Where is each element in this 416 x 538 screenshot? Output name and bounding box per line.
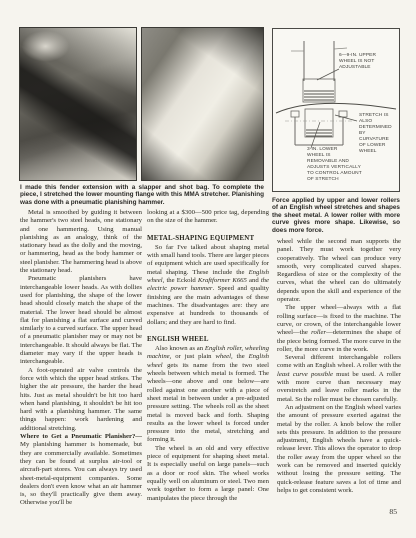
paragraph: So far I've talked about shaping metal w…: [147, 244, 269, 327]
text-segment: or just plain: [171, 353, 215, 360]
text-segment: Also known as an: [155, 345, 205, 352]
paragraph: Also known as an English roller, wheelin…: [147, 345, 269, 445]
english-wheel-diagram: 6—9-IN. UPPER WHEEL IS NOT ADJUSTABLE ST…: [272, 28, 400, 192]
text-column-1: Metal is smoothed by guiding it between …: [20, 209, 142, 533]
paragraph: wheel while the second man supports the …: [277, 238, 401, 304]
text-column-2: looking at a $300—500 price tag, dependi…: [147, 209, 269, 533]
paragraph: An adjustment on the English wheel varie…: [277, 404, 401, 495]
paragraph: The wheel is an old and very effective p…: [147, 445, 269, 503]
text-segment: A foot-operated air valve controls the f…: [20, 367, 142, 432]
text-segment: Several different interchangable rollers…: [277, 354, 401, 369]
text-segment: least curve possible: [277, 371, 333, 378]
text-segment: roller: [311, 329, 326, 336]
diagram-label-lower-wheel: 3-IN. LOWER WHEEL IS REMOVABLE AND ADJUS…: [307, 147, 362, 183]
text-column-3: wheel while the second man supports the …: [277, 209, 401, 533]
text-segment: , the Eckold: [163, 277, 198, 284]
paragraph: Several different interchangable rollers…: [277, 354, 401, 404]
book-page: 6—9-IN. UPPER WHEEL IS NOT ADJUSTABLE ST…: [0, 0, 416, 538]
paragraph: looking at a $300—500 price tag, dependi…: [147, 209, 269, 226]
body-text: Metal is smoothed by guiding it between …: [20, 209, 401, 533]
photo-mma-stretcher: [20, 28, 136, 180]
paragraph: A foot-operated air valve controls the f…: [20, 367, 142, 433]
text-segment: The wheel is an old and very effective p…: [147, 445, 269, 502]
text-segment: the: [233, 353, 249, 360]
section-heading: ENGLISH WHEEL: [147, 336, 269, 344]
text-segment: Pneumatic planishers have interchangeabl…: [20, 275, 142, 365]
section-heading: METAL-SHAPING EQUIPMENT: [147, 235, 269, 243]
text-segment: Metal is smoothed by guiding it between …: [20, 209, 142, 274]
photo-caption: I made this fender extension with a slap…: [20, 184, 264, 206]
text-segment: wheel,: [215, 353, 232, 360]
text-segment: Kraftformer K665: [198, 277, 247, 284]
text-segment: wheel while the second man supports the …: [277, 238, 401, 303]
text-segment: gets its name from the two steel wheels …: [147, 362, 269, 444]
text-segment: and: [247, 277, 261, 284]
page-number: 85: [389, 507, 397, 516]
text-segment: An adjustment on the English wheel varie…: [277, 404, 401, 494]
paragraph: Metal is smoothed by guiding it between …: [20, 209, 142, 275]
run-in-heading: Where to Get a Pneumatic Planisher?—: [20, 433, 142, 440]
diagram-label-upper-wheel: 6—9-IN. UPPER WHEEL IS NOT ADJUSTABLE: [339, 53, 376, 71]
text-segment: looking at a $300—500 price tag, dependi…: [147, 209, 269, 224]
paragraph: Where to Get a Pneumatic Planisher?—My p…: [20, 433, 142, 508]
text-segment: My planishing hammer is homemade, but th…: [20, 441, 142, 506]
paragraph: Pneumatic planishers have interchangeabl…: [20, 275, 142, 366]
diagram-label-stretch: STRETCH IS ALSO DETERMINED BY CURVATURE …: [359, 113, 392, 155]
paragraph: The upper wheel—always with a flat rolli…: [277, 304, 401, 354]
photo-fender-extension: [142, 28, 263, 180]
